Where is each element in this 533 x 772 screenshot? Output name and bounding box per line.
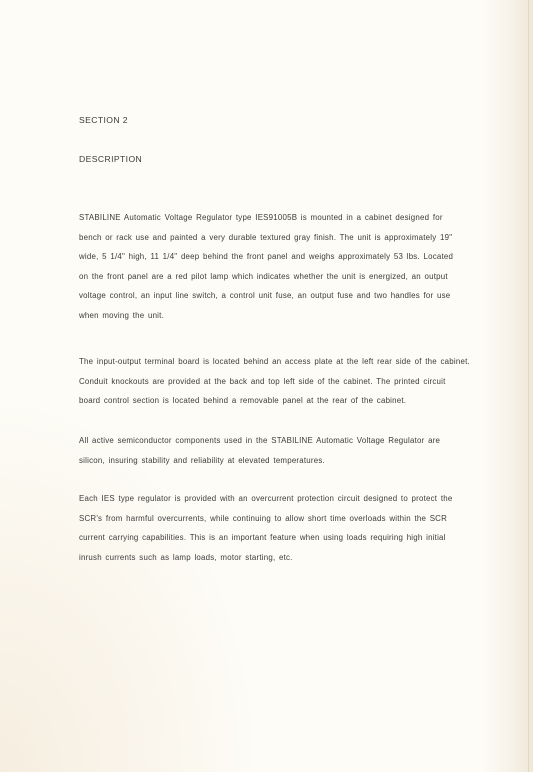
text-line: voltage control, an input line switch, a… xyxy=(79,286,529,306)
text-line: when moving the unit. xyxy=(79,306,529,326)
scanned-page: SECTION 2 DESCRIPTION STABILINE Automati… xyxy=(0,0,533,772)
text-line: STABILINE Automatic Voltage Regulator ty… xyxy=(79,208,529,228)
text-line: The input-output terminal board is locat… xyxy=(79,352,529,372)
paragraph-overcurrent-protection: Each IES type regulator is provided with… xyxy=(79,489,529,567)
section-label: SECTION 2 xyxy=(79,115,128,125)
section-title: DESCRIPTION xyxy=(79,154,142,164)
text-line: All active semiconductor components used… xyxy=(79,431,529,451)
text-line: current carrying capabilities. This is a… xyxy=(79,528,529,548)
text-line: board control section is located behind … xyxy=(79,391,529,411)
text-line: inrush currents such as lamp loads, moto… xyxy=(79,548,529,568)
text-line: Each IES type regulator is provided with… xyxy=(79,489,529,509)
paragraph-semiconductors: All active semiconductor components used… xyxy=(79,431,529,470)
text-line: wide, 5 1/4" high, 11 1/4" deep behind t… xyxy=(79,247,529,267)
text-line: silicon, insuring stability and reliabil… xyxy=(79,451,529,471)
paragraph-terminal-board: The input-output terminal board is locat… xyxy=(79,352,529,411)
paragraph-cabinet-description: STABILINE Automatic Voltage Regulator ty… xyxy=(79,208,529,325)
text-line: Conduit knockouts are provided at the ba… xyxy=(79,372,529,392)
text-line: bench or rack use and painted a very dur… xyxy=(79,228,529,248)
text-line: on the front panel are a red pilot lamp … xyxy=(79,267,529,287)
text-line: SCR's from harmful overcurrents, while c… xyxy=(79,509,529,529)
